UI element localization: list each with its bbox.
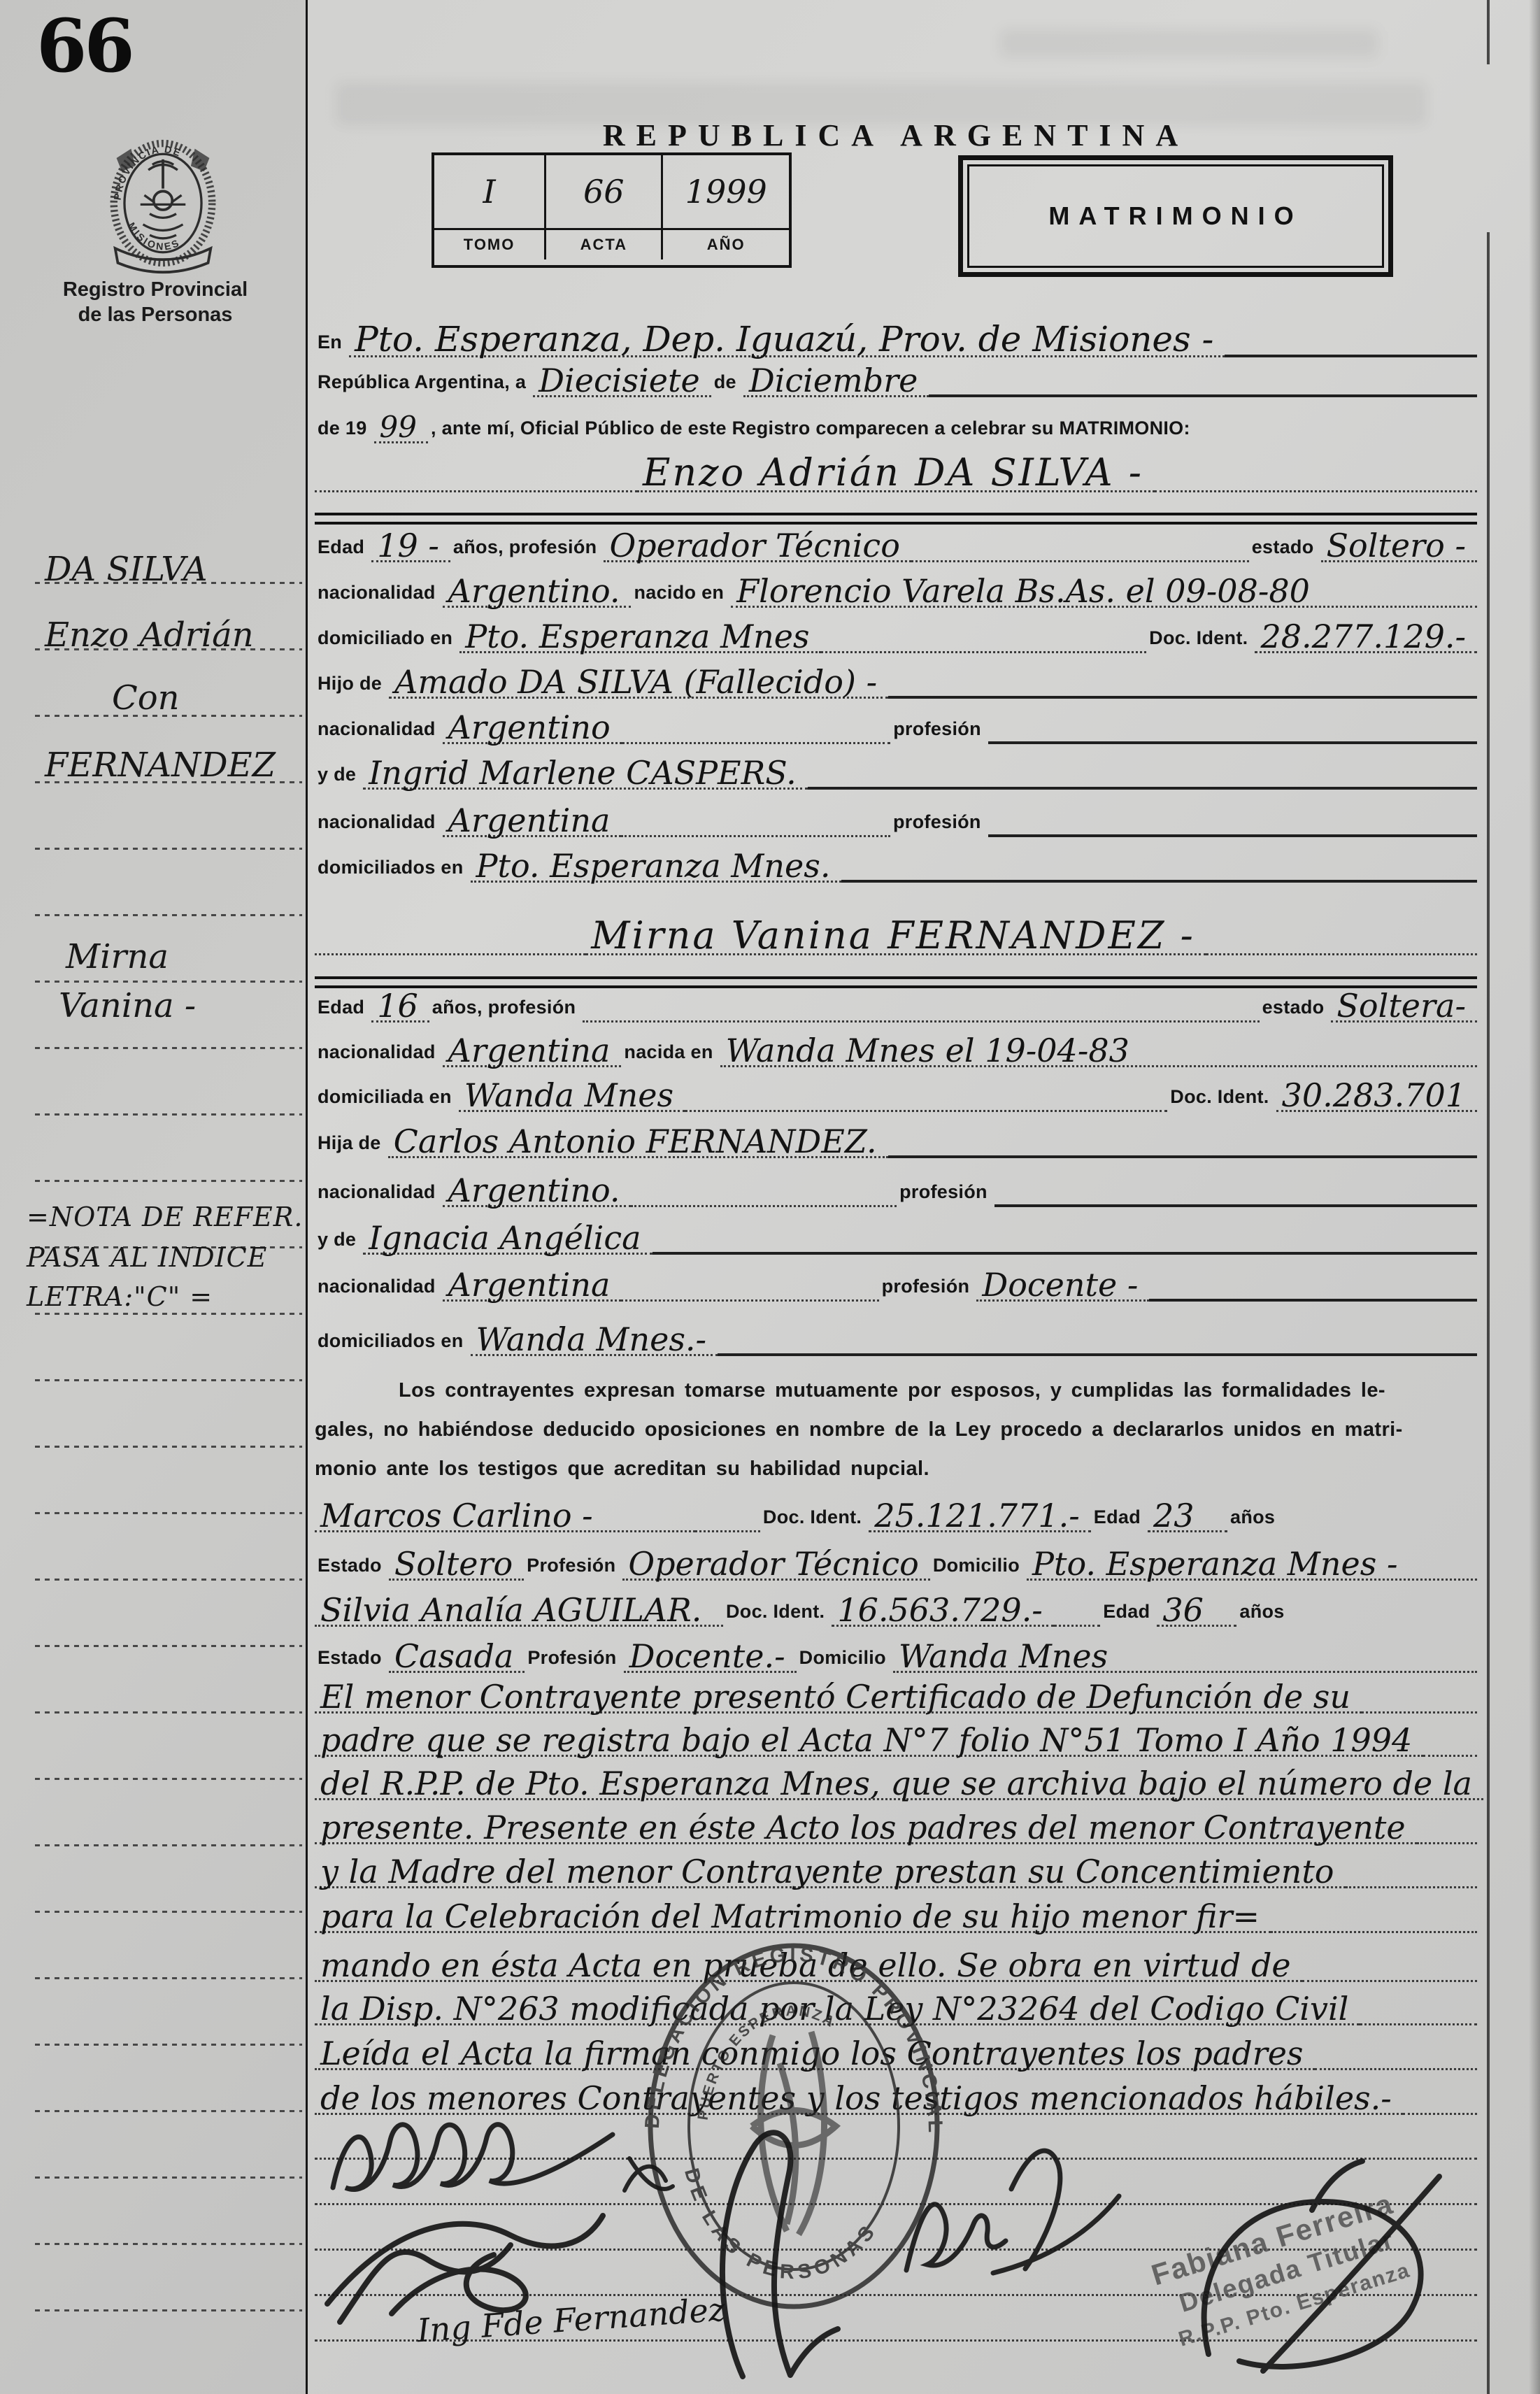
rule-fill	[1302, 1980, 1477, 1982]
field-row-groom-mother: y de Ingrid Marlene CASPERS.	[315, 750, 1477, 790]
groom-mother-nationality: Argentina	[443, 806, 622, 837]
label-doc-ident: Doc. Ident.	[1146, 627, 1255, 653]
label-nacionalidad: nacionalidad	[315, 1181, 443, 1207]
field-row-groom-age: Edad 19 - años, profesión Operador Técni…	[315, 523, 1477, 562]
note-row-6: para la Celebración del Matrimonio de su…	[315, 1894, 1477, 1933]
page-number: 66	[36, 3, 132, 89]
field-row-groom-father-nationality: nacionalidad Argentino profesión	[315, 705, 1477, 744]
ink-stamp-office: R.P.P. Pto. Esperanza	[1176, 2258, 1413, 2351]
label-profesion: Profesión	[524, 1555, 622, 1581]
field-row-date: República Argentina, a Diecisiete de Dic…	[315, 358, 1477, 397]
field-row-bride-parents-address: domiciliados en Wanda Mnes.-	[315, 1317, 1477, 1356]
bride-birthplace: Wanda Mnes el 19-04-83	[720, 1036, 1477, 1067]
ruled-line	[315, 2203, 1477, 2205]
rule-fill	[1417, 1842, 1477, 1844]
label-hijo-de: Hijo de	[315, 673, 389, 699]
place-value: Pto. Esperanza, Dep. Iguazú, Prov. de Mi…	[349, 323, 1225, 357]
rule-fill	[929, 394, 1477, 397]
note-row-1: El menor Contrayente presentó Certificad…	[315, 1674, 1477, 1713]
rule-fill	[1360, 2023, 1477, 2025]
note-row-5: y la Madre del menor Contrayente prestan…	[315, 1849, 1477, 1888]
ruled-line	[315, 2294, 1477, 2296]
note-row-7: mando en ésta Acta en prueba de ello. Se…	[315, 1943, 1477, 1982]
label-domicilio: Domicilio	[930, 1555, 1027, 1581]
ink-stamp-title: Delegada Titular	[1176, 2225, 1397, 2318]
field-row-groom-parents-address: domiciliados en Pto. Esperanza Mnes.	[315, 843, 1477, 883]
groom-parents-address: Pto. Esperanza Mnes.	[471, 851, 842, 883]
label-doc-ident: Doc. Ident.	[760, 1506, 869, 1532]
registry-name: Registro Provincial de las Personas	[36, 277, 274, 327]
field-row-bride-name: Mirna Vanina FERNANDEZ -	[315, 916, 1477, 955]
margin-note-line2: PASA AL INDICE	[27, 1242, 301, 1273]
ruled-line	[315, 2249, 1477, 2251]
note-row-10: de los menores Contrayentes y los testig…	[315, 2076, 1477, 2115]
label-doc-ident: Doc. Ident.	[723, 1601, 832, 1627]
groom-doc: 28.277.129.-	[1255, 622, 1477, 653]
bride-age: 16	[371, 991, 429, 1023]
marriage-certificate-page: 66 PROVINCIA DE MISIONES Registro Provin…	[0, 0, 1540, 2394]
rule-fill	[988, 741, 1477, 744]
label-domiciliados-en: domiciliados en	[315, 1330, 471, 1356]
rule-fill	[1346, 1886, 1478, 1888]
year-value: 99	[374, 414, 428, 443]
note-row-8: la Disp. N°263 modificada por la Ley N°2…	[315, 1986, 1477, 2025]
label-estado: estado	[1260, 997, 1332, 1023]
rule-fill	[695, 1530, 760, 1532]
label-estado: Estado	[315, 1647, 389, 1673]
stamp-bottom-text: DE LAS PERSONAS	[680, 2166, 882, 2284]
note-row-3: del R.P.P. de Pto. Esperanza Mnes, que s…	[315, 1761, 1477, 1800]
bride-mother: Ignacia Angélica	[363, 1223, 652, 1255]
rule-fill	[821, 651, 1147, 653]
bride-nationality: Argentina	[443, 1036, 622, 1067]
rule-fill	[621, 835, 890, 837]
field-row-bride-address: domiciliada en Wanda Mnes Doc. Ident. 30…	[315, 1073, 1477, 1112]
label-nacionalidad: nacionalidad	[315, 1276, 443, 1302]
witness2-age: 36	[1157, 1595, 1236, 1627]
groom-address: Pto. Esperanza Mnes	[459, 622, 820, 653]
tomo-acta-ano-table: I 66 1999 TOMO ACTA AÑO	[432, 152, 792, 268]
label-edad: Edad	[1091, 1506, 1148, 1532]
groom-nationality: Argentino.	[443, 576, 632, 608]
rule-fill	[631, 1205, 897, 1207]
witness2-doc: 16.563.729.-	[832, 1595, 1054, 1627]
witness1-profession: Operador Técnico	[622, 1549, 929, 1581]
note-line: y la Madre del menor Contrayente prestan…	[315, 1857, 1346, 1888]
label-edad: Edad	[315, 536, 371, 562]
label-doc-ident: Doc. Ident.	[1167, 1086, 1276, 1112]
groom-mother: Ingrid Marlene CASPERS.	[363, 758, 808, 790]
witness1-name: Marcos Carlino -	[315, 1501, 695, 1532]
page-edge-shadow	[1529, 0, 1540, 2394]
matrimonio-box-inner: MATRIMONIO	[967, 164, 1384, 268]
field-row-witness1: Marcos Carlino - Doc. Ident. 25.121.771.…	[315, 1493, 1477, 1532]
witness1-status: Soltero	[389, 1549, 524, 1581]
label-nacionalidad: nacionalidad	[315, 811, 443, 837]
groom-name: Enzo Adrián DA SILVA -	[637, 455, 1155, 492]
note-line: presente. Presente en éste Acto los padr…	[315, 1813, 1417, 1844]
right-fold-line	[1487, 232, 1490, 2394]
bride-parents-address: Wanda Mnes.-	[471, 1325, 718, 1356]
rule-fill	[1155, 490, 1477, 492]
field-row-groom-mother-nationality: nacionalidad Argentina profesión	[315, 798, 1477, 837]
matrimonio-label: MATRIMONIO	[1048, 201, 1302, 231]
bleedthrough-smudge	[1000, 29, 1378, 57]
margin-ruled-lines	[35, 518, 302, 2350]
month-value: Diciembre	[743, 366, 929, 397]
rule-fill	[1149, 1299, 1477, 1302]
label-nacido-en: nacido en	[631, 582, 731, 608]
acta-value: 66	[544, 155, 661, 228]
rule-fill	[1362, 1711, 1477, 1713]
rule-fill	[583, 1020, 1259, 1023]
acta-label: ACTA	[544, 228, 661, 259]
witness2-address: Wanda Mnes	[893, 1641, 1477, 1673]
witness2-name: Silvia Analía AGUILAR.	[315, 1595, 723, 1627]
note-row-2: padre que se registra bajo el Acta N°7 f…	[315, 1718, 1477, 1757]
rule-fill	[988, 834, 1477, 837]
label-domicilio: Domicilio	[797, 1647, 893, 1673]
label-edad: Edad	[1100, 1601, 1157, 1627]
field-row-bride-father-nationality: nacionalidad Argentino. profesión	[315, 1168, 1477, 1207]
label-de: de	[711, 371, 743, 397]
declaration-line3: monio ante los testigos que acreditan su…	[315, 1458, 1477, 1481]
note-line: del R.P.P. de Pto. Esperanza Mnes, que s…	[315, 1769, 1483, 1800]
bride-status: Soltera-	[1331, 991, 1477, 1023]
field-row-bride-nationality: nacionalidad Argentina nacida en Wanda M…	[315, 1028, 1477, 1067]
field-row-bride-mother-nationality: nacionalidad Argentina profesión Docente…	[315, 1262, 1477, 1302]
margin-note-line3: LETRA:"C" =	[27, 1281, 301, 1312]
label-nacida-en: nacida en	[621, 1041, 720, 1067]
rule-fill	[994, 1204, 1477, 1207]
note-row-9: Leída el Acta la firman conmigo los Cont…	[315, 2031, 1477, 2070]
rule-fill	[1403, 2113, 1477, 2115]
margin-bride-given1: Mirna	[45, 937, 326, 976]
right-fold-line-top	[1487, 0, 1490, 64]
note-line: para la Celebración del Matrimonio de su…	[315, 1902, 1271, 1933]
rule-fill	[1054, 1625, 1100, 1627]
field-row-witness1-details: Estado Soltero Profesión Operador Técnic…	[315, 1541, 1477, 1581]
rule-fill	[1225, 355, 1477, 357]
label-edad: Edad	[315, 997, 371, 1023]
rule-fill	[685, 1110, 1167, 1112]
label-y-de: y de	[315, 764, 363, 790]
groom-birthplace: Florencio Varela Bs.As. el 09-08-80	[731, 576, 1477, 608]
groom-status: Soltero -	[1321, 531, 1477, 562]
rule-fill	[1315, 2068, 1477, 2070]
left-column-rule	[306, 0, 308, 2394]
day-value: Diecisiete	[533, 366, 711, 397]
margin-bride-surname: FERNANDEZ	[45, 746, 305, 785]
margin-note-line1: =NOTA DE REFER.	[27, 1202, 301, 1232]
label-anos-profesion: años, profesión	[450, 536, 604, 562]
label-hija-de: Hija de	[315, 1132, 388, 1158]
rule-fill	[911, 560, 1249, 562]
label-nacionalidad: nacionalidad	[315, 718, 443, 744]
field-row-groom-name: Enzo Adrián DA SILVA -	[315, 453, 1477, 492]
rule-fill	[315, 490, 637, 492]
matrimonio-box: MATRIMONIO	[958, 155, 1393, 277]
rule-fill	[1423, 1755, 1477, 1757]
ruled-line	[315, 2158, 1477, 2160]
bride-name: Mirna Vanina FERNANDEZ -	[585, 918, 1206, 955]
note-line: la Disp. N°263 modificada por la Ley N°2…	[315, 1994, 1360, 2025]
witness2-profession: Docente.-	[624, 1641, 797, 1673]
label-anos-profesion: años, profesión	[429, 997, 583, 1023]
registry-name-line2: de las Personas	[36, 302, 274, 327]
witness1-age: 23	[1148, 1501, 1227, 1532]
field-row-groom-father: Hijo de Amado DA SILVA (Fallecido) -	[315, 660, 1477, 699]
field-row-place: En Pto. Esperanza, Dep. Iguazú, Prov. de…	[315, 318, 1477, 357]
label-en: En	[315, 332, 349, 357]
label-republica: República Argentina, a	[315, 371, 533, 397]
groom-profession: Operador Técnico	[604, 531, 911, 562]
groom-age: 19 -	[371, 531, 450, 562]
margin-groom-given: Enzo Adrián	[45, 615, 305, 655]
field-row-groom-nationality: nacionalidad Argentino. nacido en Floren…	[315, 569, 1477, 608]
witness2-status: Casada	[389, 1641, 525, 1673]
label-de19: de 19	[315, 418, 374, 443]
note-row-4: presente. Presente en éste Acto los padr…	[315, 1805, 1477, 1844]
ano-value: 1999	[661, 155, 789, 228]
margin-groom-surname: DA SILVA	[45, 550, 305, 589]
label-profesion: profesión	[897, 1181, 994, 1207]
tomo-label: TOMO	[434, 228, 544, 259]
note-line: de los menores Contrayentes y los testig…	[315, 2083, 1403, 2115]
rule-fill	[888, 696, 1477, 699]
bride-father-nationality: Argentino.	[443, 1176, 632, 1207]
label-profesion: Profesión	[525, 1647, 623, 1673]
signature-x-mark	[625, 2158, 673, 2190]
label-y-de: y de	[315, 1229, 363, 1255]
label-nacionalidad: nacionalidad	[315, 1041, 443, 1067]
label-domiciliado-en: domiciliado en	[315, 627, 459, 653]
declaration-line2: gales, no habiéndose deducido oposicione…	[315, 1418, 1477, 1441]
field-row-witness2: Silvia Analía AGUILAR. Doc. Ident. 16.56…	[315, 1588, 1477, 1627]
svg-text:DE LAS PERSONAS: DE LAS PERSONAS	[680, 2166, 882, 2284]
witness1-doc: 25.121.771.-	[869, 1501, 1091, 1532]
bride-father: Carlos Antonio FERNANDEZ.	[388, 1127, 888, 1158]
label-nacionalidad: nacionalidad	[315, 582, 443, 608]
note-line: mando en ésta Acta en prueba de ello. Se…	[315, 1951, 1302, 1982]
field-row-bride-father: Hija de Carlos Antonio FERNANDEZ.	[315, 1119, 1477, 1158]
rule-fill	[622, 742, 891, 744]
declaration-line1: Los contrayentes expresan tomarse mutuam…	[315, 1379, 1540, 1402]
rule-fill	[653, 1252, 1477, 1255]
country-title: REPUBLICA ARGENTINA	[315, 117, 1477, 153]
note-line: padre que se registra bajo el Acta N°7 f…	[315, 1725, 1423, 1757]
margin-bride-given2: Vanina -	[45, 986, 319, 1025]
groom-father-nationality: Argentino	[443, 713, 622, 744]
field-row-groom-address: domiciliado en Pto. Esperanza Mnes Doc. …	[315, 614, 1477, 653]
signature-right-script	[906, 2151, 1119, 2273]
label-domiciliados-en: domiciliados en	[315, 857, 471, 883]
rule-fill	[315, 953, 585, 955]
label-ante-mi: , ante mí, Oficial Público de este Regis…	[428, 418, 1197, 443]
rule-fill	[1206, 953, 1477, 955]
label-profesion: profesión	[890, 811, 988, 837]
registry-name-line1: Registro Provincial	[36, 277, 274, 302]
field-row-bride-mother: y de Ignacia Angélica	[315, 1216, 1477, 1255]
note-line: El menor Contrayente presentó Certificad…	[315, 1682, 1362, 1713]
bride-doc: 30.283.701	[1276, 1081, 1477, 1112]
ano-label: AÑO	[661, 228, 789, 259]
official-ink-stamp: Fabiana Ferreira Delegada Titular R.P.P.…	[1148, 2187, 1416, 2353]
rule-fill	[888, 1155, 1477, 1158]
bride-mother-profession: Docente -	[976, 1270, 1149, 1302]
bride-address: Wanda Mnes	[459, 1081, 685, 1112]
bride-mother-nationality: Argentina	[443, 1270, 622, 1302]
note-line: Leída el Acta la firman conmigo los Cont…	[315, 2039, 1315, 2070]
label-profesion: profesión	[879, 1276, 977, 1302]
tomo-value: I	[434, 155, 544, 228]
label-estado: estado	[1249, 536, 1321, 562]
rule-fill	[808, 787, 1477, 790]
groom-father: Amado DA SILVA (Fallecido) -	[389, 667, 888, 699]
rule-fill	[1271, 1931, 1477, 1933]
witness1-address: Pto. Esperanza Mnes -	[1027, 1549, 1477, 1581]
field-row-year: de 19 99 , ante mí, Oficial Público de e…	[315, 404, 1477, 443]
field-row-bride-age: Edad 16 años, profesión estado Soltera-	[315, 983, 1477, 1023]
rule-fill	[841, 880, 1477, 883]
label-domiciliada-en: domiciliada en	[315, 1086, 459, 1112]
rule-fill	[718, 1353, 1477, 1356]
field-row-witness2-details: Estado Casada Profesión Docente.- Domici…	[315, 1634, 1477, 1673]
label-anos: años	[1236, 1601, 1291, 1627]
label-profesion: profesión	[890, 718, 988, 744]
label-estado: Estado	[315, 1555, 389, 1581]
label-anos: años	[1227, 1506, 1282, 1532]
rule-fill	[621, 1299, 878, 1302]
